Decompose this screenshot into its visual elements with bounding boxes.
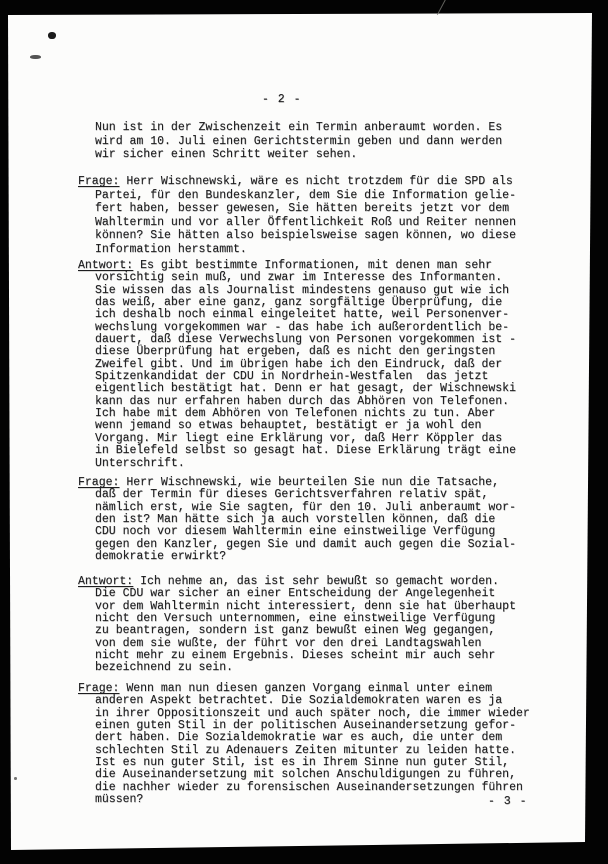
intro-paragraph: Nun ist in der Zwischenzeit ein Termin a… <box>95 121 565 162</box>
answer-2: Antwort: Ich nehme an, das ist sehr bewu… <box>95 576 565 675</box>
ink-speck <box>48 32 56 39</box>
paragraph-text: Herr Wischnewski, wäre es nicht trotzdem… <box>95 175 516 256</box>
speaker-label: Antwort: <box>78 259 133 272</box>
paragraph-text: Nun ist in der Zwischenzeit ein Termin a… <box>95 121 502 161</box>
paragraph-text: Ich nehme an, das ist sehr bewußt so gem… <box>95 575 516 674</box>
speaker-label: Antwort: <box>78 575 133 588</box>
question-3: Frage: Wenn man nun diesen ganzen Vorgan… <box>95 683 565 806</box>
scanned-document: - 2 - Nun ist in der Zwischenzeit ein Te… <box>0 0 608 864</box>
page-number-header: - 2 - <box>262 93 302 106</box>
answer-1: Antwort: Es gibt bestimmte Informationen… <box>95 260 565 470</box>
paragraph-text: Wenn man nun diesen ganzen Vorgang einma… <box>95 682 530 806</box>
speaker-label: Frage: <box>78 476 119 489</box>
speaker-label: Frage: <box>78 682 119 695</box>
speaker-label: Frage: <box>78 175 119 188</box>
ink-speck <box>30 55 41 59</box>
question-2: Frage: Herr Wischnewski, wie beurteilen … <box>95 477 565 563</box>
scan-scratch <box>437 0 446 15</box>
question-1: Frage: Herr Wischnewski, wäre es nicht t… <box>95 175 565 256</box>
page-number-footer: - 3 - <box>488 795 528 808</box>
paragraph-text: Herr Wischnewski, wie beurteilen Sie nun… <box>95 476 516 563</box>
ink-speck <box>14 777 17 780</box>
paragraph-text: Es gibt bestimmte Informationen, mit den… <box>95 259 516 470</box>
